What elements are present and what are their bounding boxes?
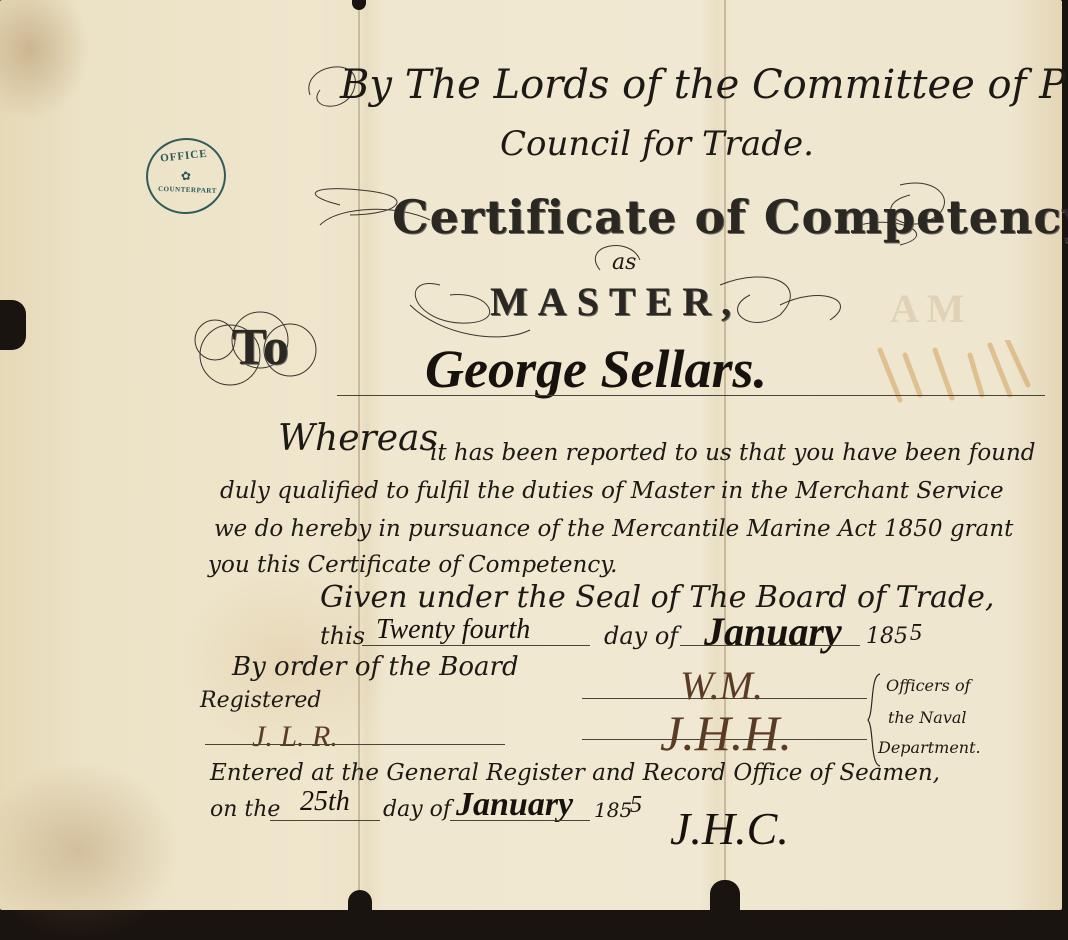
signature-1: W.M. xyxy=(680,662,763,709)
officers-line-3: Department. xyxy=(878,738,981,757)
entered-line: Entered at the General Register and Reco… xyxy=(210,760,940,786)
registered-label: Registered xyxy=(200,688,321,713)
certificate-sheet: A M OFFICE ✿ COUNTERPART By The xyxy=(0,0,1062,910)
by-order-of-board: By order of the Board xyxy=(232,652,519,682)
torn-edge xyxy=(710,880,740,914)
whereas-lead: Whereas xyxy=(278,418,438,459)
rank-title: MASTER, xyxy=(490,278,741,325)
bleedthrough-text: A M xyxy=(890,285,964,332)
certificate-title: Certificate of Competency xyxy=(392,190,1068,244)
stain xyxy=(0,0,90,120)
entered-year-suffix: 5 xyxy=(630,792,642,819)
entered-initials: J.H.C. xyxy=(670,802,789,855)
given-year-suffix: 5 xyxy=(910,620,922,647)
signature-2: J.H.H. xyxy=(660,704,792,762)
body-line-3: we do hereby in pursuance of the Mercant… xyxy=(214,516,1013,542)
heading-line-1: By The Lords of the Committee of Privy xyxy=(340,62,1068,108)
body-line-1: it has been reported to us that you have… xyxy=(430,440,1036,466)
month-line xyxy=(680,645,860,646)
entered-day-line xyxy=(270,820,380,821)
officers-line-2: the Naval xyxy=(888,708,967,727)
recipient-name: George Sellars. xyxy=(425,338,767,400)
given-this: this xyxy=(320,622,365,650)
entered-year-prefix: 185 xyxy=(594,798,632,822)
as-label: as xyxy=(612,250,636,275)
torn-edge xyxy=(0,300,26,350)
given-year-prefix: 185 xyxy=(866,624,908,649)
registered-initials: J. L. R. xyxy=(252,720,338,754)
office-counterpart-stamp: OFFICE ✿ COUNTERPART xyxy=(142,134,230,218)
heading-line-2: Council for Trade. xyxy=(500,124,814,164)
given-day-value: Twenty fourth xyxy=(376,614,530,646)
officers-line-1: Officers of xyxy=(886,676,971,695)
ink-bleed-marks xyxy=(860,340,1040,430)
stamp-bottom-text: COUNTERPART xyxy=(149,185,225,196)
body-line-4: you this Certificate of Competency. xyxy=(208,552,617,578)
body-line-2: duly qualified to fulfil the duties of M… xyxy=(220,478,1004,504)
stain xyxy=(0,760,180,917)
given-day-of: day of xyxy=(604,622,678,650)
day-line xyxy=(362,645,590,646)
entered-day-value: 25th xyxy=(300,786,350,818)
given-month-value: January xyxy=(704,608,842,655)
entered-on-the: on the xyxy=(210,797,280,822)
torn-edge xyxy=(348,890,372,914)
registered-line xyxy=(205,744,505,745)
torn-edge xyxy=(352,0,366,10)
entered-month-line xyxy=(450,820,590,821)
stamp-top-text: OFFICE xyxy=(145,146,222,166)
entered-day-of: day of xyxy=(383,797,451,822)
to-label: To xyxy=(232,318,290,377)
stamp-rosette-icon: ✿ xyxy=(147,165,224,187)
entered-month-value: January xyxy=(456,786,573,824)
name-line xyxy=(337,395,1045,396)
given-line: Given under the Seal of The Board of Tra… xyxy=(320,580,994,615)
